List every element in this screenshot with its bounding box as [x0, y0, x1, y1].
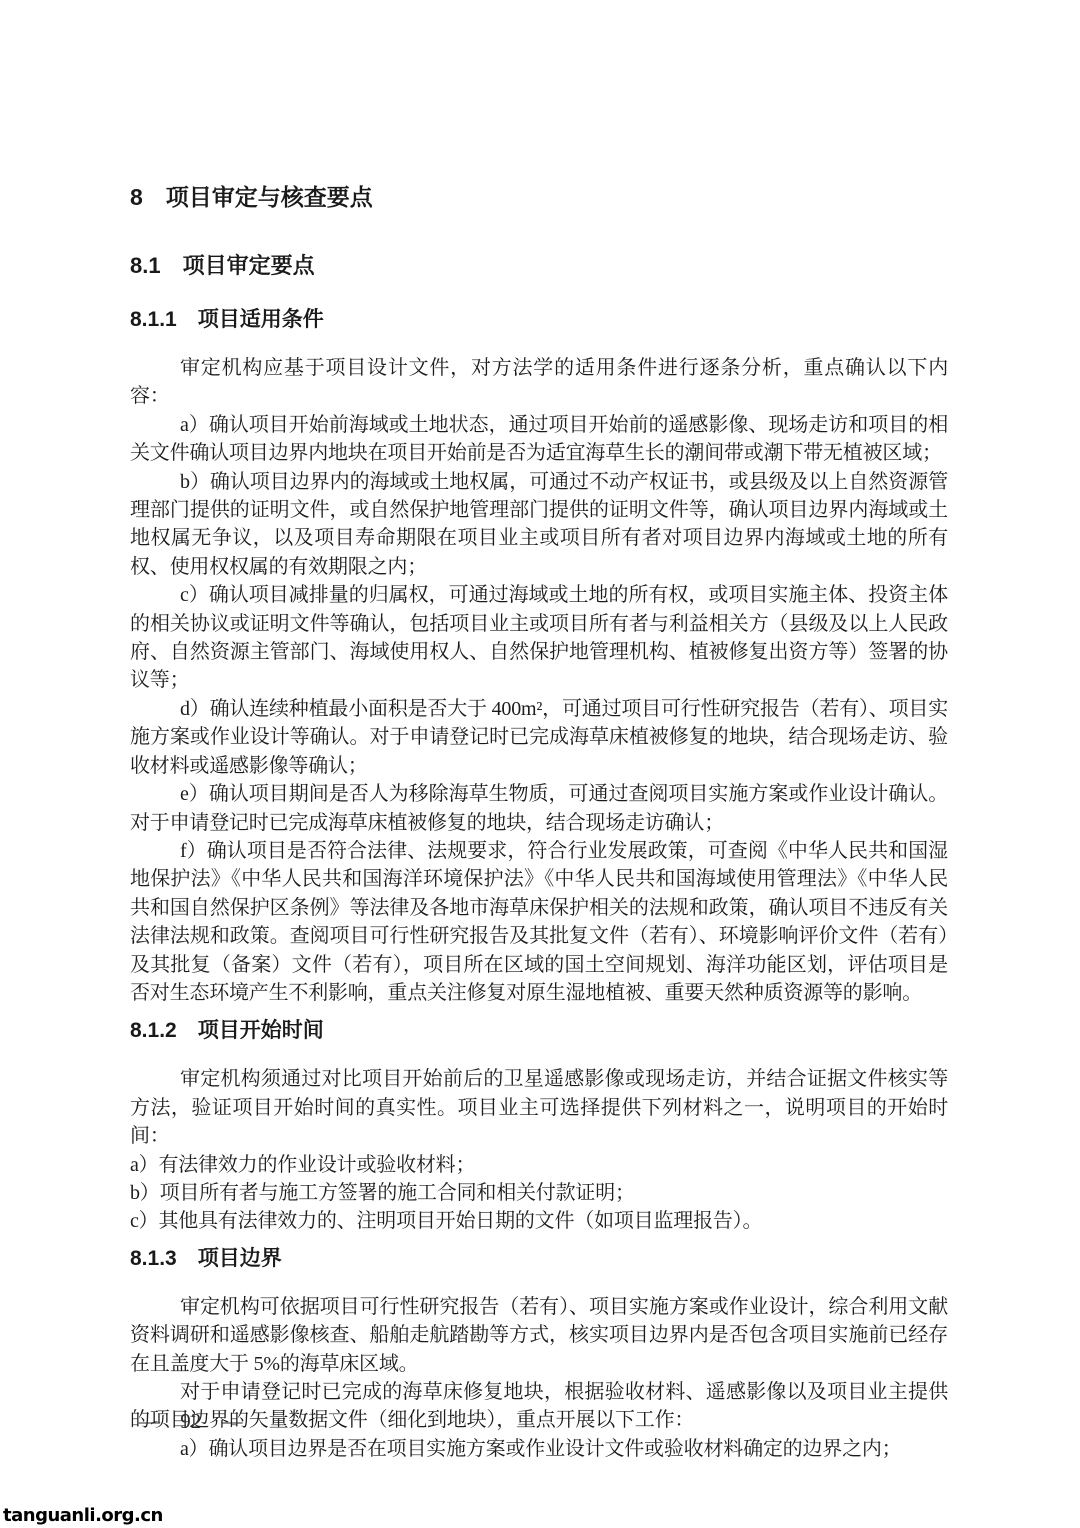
section-8-heading: 8 项目审定与核查要点 — [130, 186, 948, 209]
document-content: 8 项目审定与核查要点 8.1 项目审定要点 8.1.1 项目适用条件 审定机构… — [130, 186, 948, 1463]
para-811-item-d: d）确认连续种植最小面积是否大于 400m²，可通过项目可行性研究报告（若有）、… — [130, 695, 948, 780]
section-8-1-1-heading: 8.1.1 项目适用条件 — [130, 309, 948, 330]
para-812-item-a: a）有法律效力的作业设计或验收材料； — [130, 1151, 948, 1179]
para-812-item-c: c）其他具有法律效力的、注明项目开始日期的文件（如项目监理报告）。 — [130, 1207, 948, 1235]
para-812-item-b: b）项目所有者与施工方签署的施工合同和相关付款证明； — [130, 1179, 948, 1207]
para-811-item-b: b）确认项目边界内的海域或土地权属，可通过不动产权证书，或县级及以上自然资源管理… — [130, 468, 948, 582]
site-watermark: tanguanli.org.cn — [3, 1505, 163, 1526]
para-811-intro: 审定机构应基于项目设计文件，对方法学的适用条件进行逐条分析，重点确认以下内容： — [130, 354, 948, 411]
para-813-item-a: a）确认项目边界是否在项目实施方案或作业设计文件或验收材料确定的边界之内； — [130, 1435, 948, 1463]
para-811-item-a: a）确认项目开始前海域或土地状态，通过项目开始前的遥感影像、现场走访和项目的相关… — [130, 411, 948, 468]
section-8-1-heading: 8.1 项目审定要点 — [130, 255, 948, 277]
para-811-item-f: f）确认项目是否符合法律、法规要求，符合行业发展政策，可查阅《中华人民共和国湿地… — [130, 837, 948, 1007]
para-813-p2: 对于申请登记时已完成的海草床修复地块，根据验收材料、遥感影像以及项目业主提供的项… — [130, 1378, 948, 1435]
section-8-1-2-heading: 8.1.2 项目开始时间 — [130, 1020, 948, 1041]
para-811-item-e: e）确认项目期间是否人为移除海草生物质，可通过查阅项目实施方案或作业设计确认。对… — [130, 780, 948, 837]
para-813-p1: 审定机构可依据项目可行性研究报告（若有）、项目实施方案或作业设计，综合利用文献资… — [130, 1293, 948, 1378]
page-number: — 92 — — [139, 1409, 243, 1434]
document-page: 8 项目审定与核查要点 8.1 项目审定要点 8.1.1 项目适用条件 审定机构… — [0, 0, 1080, 1528]
para-812-intro: 审定机构须通过对比项目开始前后的卫星遥感影像或现场走访，并结合证据文件核实等方法… — [130, 1065, 948, 1150]
para-811-item-c: c）确认项目减排量的归属权，可通过海域或土地的所有权，或项目实施主体、投资主体的… — [130, 581, 948, 695]
section-8-1-3-heading: 8.1.3 项目边界 — [130, 1248, 948, 1269]
